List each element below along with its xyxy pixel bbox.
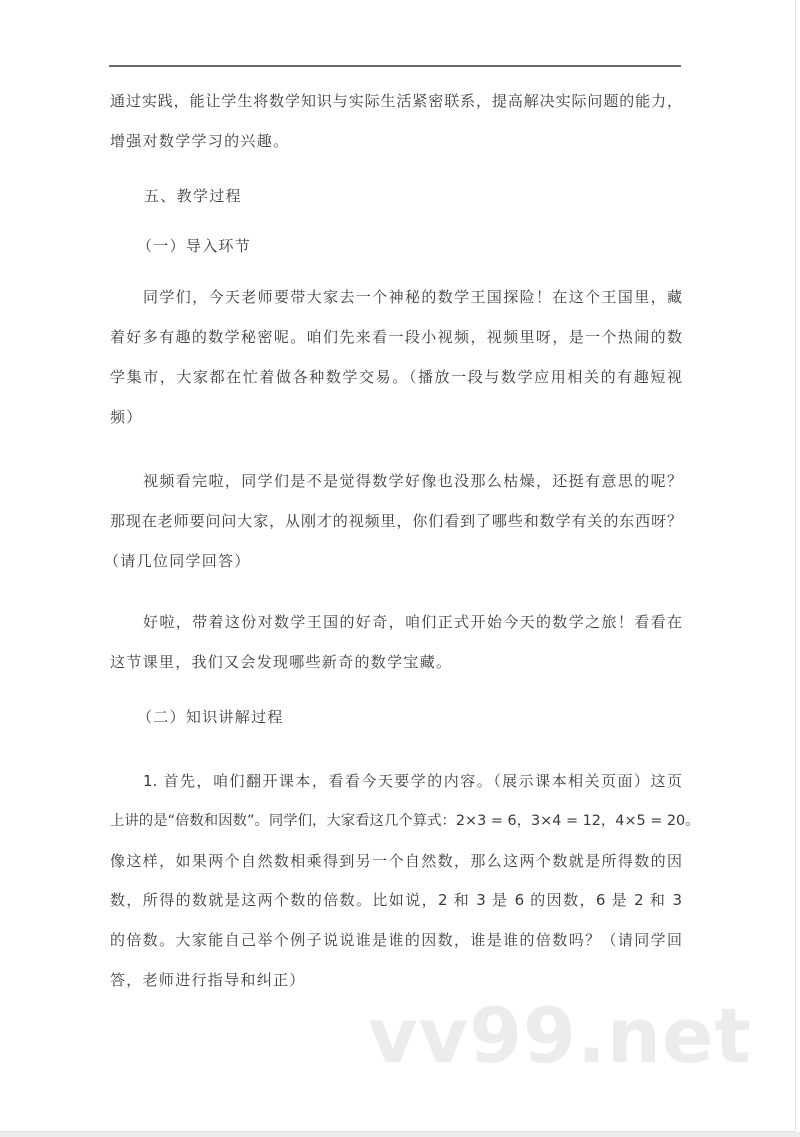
watermark: vv99.net [368, 996, 752, 1076]
document-page: 通过实践，能让学生将数学知识与实际生活紧密联系，提高解决实际问题的能力， 增强对… [0, 0, 796, 1132]
subsection-heading: （一）导入环节 [137, 236, 676, 256]
paragraph-line: 增强对数学学习的兴趣。 [110, 131, 682, 151]
subsection-heading: （二）知识讲解过程 [137, 707, 676, 727]
paragraph-line: 的倍数。大家能自己举个例子说说谁是谁的因数，谁是谁的倍数吗？（请同学回 [110, 930, 682, 950]
paragraph-line: 像这样，如果两个自然数相乘得到另一个自然数，那么这两个数就是所得数的因 [110, 851, 682, 871]
paragraph-line: 数，所得的数就是这两个数的倍数。比如说，2 和 3 是 6 的因数，6 是 2 … [110, 890, 682, 910]
paragraph-line: 视频看完啦，同学们是不是觉得数学好像也没那么枯燥，还挺有意思的呢？ [143, 471, 682, 491]
paragraph-line: 同学们，今天老师要带大家去一个神秘的数学王国探险！在这个王国里，藏 [143, 287, 682, 307]
paragraph-line: 学集市，大家都在忙着做各种数学交易。（播放一段与数学应用相关的有趣短视 [110, 367, 682, 387]
paragraph-line: 频） [110, 407, 682, 427]
paragraph-line: 好啦，带着这份对数学王国的好奇，咱们正式开始今天的数学之旅！看看在 [143, 612, 682, 632]
paragraph-line: 着好多有趣的数学秘密呢。咱们先来看一段小视频，视频里呀，是一个热闹的数 [110, 327, 682, 347]
header-rule [109, 65, 681, 67]
paragraph-line: 答，老师进行指导和纠正） [110, 970, 682, 990]
section-heading: 五、教学过程 [144, 186, 683, 206]
paragraph-line: 1. 首先，咱们翻开课本，看看今天要学的内容。（展示课本相关页面）这页 [143, 771, 682, 791]
paragraph-line: （请几位同学回答） [104, 551, 676, 571]
paragraph-line: 这节课里，我们又会发现哪些新奇的数学宝藏。 [110, 652, 682, 672]
page-bottom-edge [0, 1132, 800, 1137]
paragraph-line: 上讲的是“倍数和因数”。同学们，大家看这几个算式：2×3 = 6，3×4 = 1… [110, 811, 682, 831]
paragraph-line: 通过实践，能让学生将数学知识与实际生活紧密联系，提高解决实际问题的能力， [110, 91, 682, 111]
paragraph-line: 那现在老师要问问大家，从刚才的视频里，你们看到了哪些和数学有关的东西呀？ [110, 511, 682, 531]
